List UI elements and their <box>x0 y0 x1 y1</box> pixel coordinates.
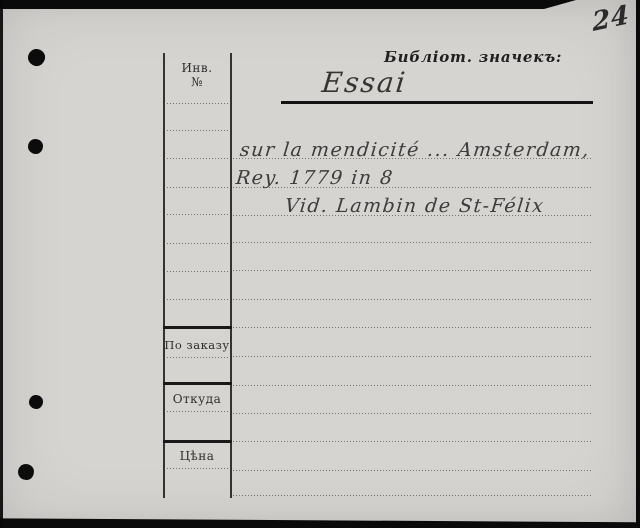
price-label: Цѣна <box>163 449 231 463</box>
punch-hole-icon <box>29 395 43 409</box>
main-ruled-line <box>233 299 591 300</box>
inventory-label-line1: Инв. <box>163 61 231 75</box>
column-left-rule <box>163 53 165 498</box>
main-ruled-line <box>233 270 591 271</box>
main-ruled-line <box>233 413 591 414</box>
punch-hole-icon <box>17 463 35 481</box>
column-ruled-line <box>164 214 230 215</box>
column-ruled-line <box>164 103 230 104</box>
main-ruled-line <box>233 356 591 357</box>
main-ruled-line <box>233 242 591 243</box>
punch-hole-icon <box>26 47 46 67</box>
order-label: По заказу <box>163 338 231 352</box>
main-ruled-line <box>233 495 591 496</box>
main-ruled-line <box>233 187 591 188</box>
column-ruled-line <box>164 411 230 412</box>
column-ruled-line <box>164 243 230 244</box>
page-number: 24 <box>591 0 630 38</box>
scanned-catalog-card: 24 Инв. № По заказу Откуда Цѣна Библіот.… <box>0 0 640 528</box>
inventory-label-line2: № <box>163 75 231 89</box>
handwritten-line-2: Rey. 1779 in 8 <box>235 167 395 189</box>
column-ruled-line <box>164 357 230 358</box>
main-ruled-line <box>233 385 591 386</box>
punch-hole-icon <box>28 139 43 154</box>
main-ruled-line <box>233 327 591 328</box>
column-ruled-line <box>164 299 230 300</box>
column-section-rule <box>163 382 232 385</box>
column-right-rule <box>230 53 232 498</box>
column-ruled-line <box>164 130 230 131</box>
column-ruled-line <box>164 271 230 272</box>
main-ruled-line <box>233 215 591 216</box>
column-section-rule <box>163 440 232 443</box>
inventory-number-label: Инв. № <box>163 61 231 89</box>
main-ruled-line <box>233 470 591 471</box>
handwritten-title: Essai <box>320 66 408 99</box>
library-mark-label: Библіот. значекъ: <box>384 48 562 66</box>
scan-border-top <box>0 0 640 9</box>
scan-border-left <box>0 0 3 528</box>
title-underline-rule <box>281 101 593 104</box>
column-ruled-line <box>164 187 230 188</box>
handwritten-line-3: Vid. Lambin de St-Félix <box>284 195 546 217</box>
origin-label: Откуда <box>163 392 231 406</box>
main-ruled-line <box>233 441 591 442</box>
column-ruled-line <box>164 468 230 469</box>
scan-border-right <box>636 0 640 528</box>
column-ruled-line <box>164 158 230 159</box>
scan-border-bottom <box>0 516 640 528</box>
column-section-rule <box>163 326 232 329</box>
main-ruled-line <box>233 158 591 159</box>
